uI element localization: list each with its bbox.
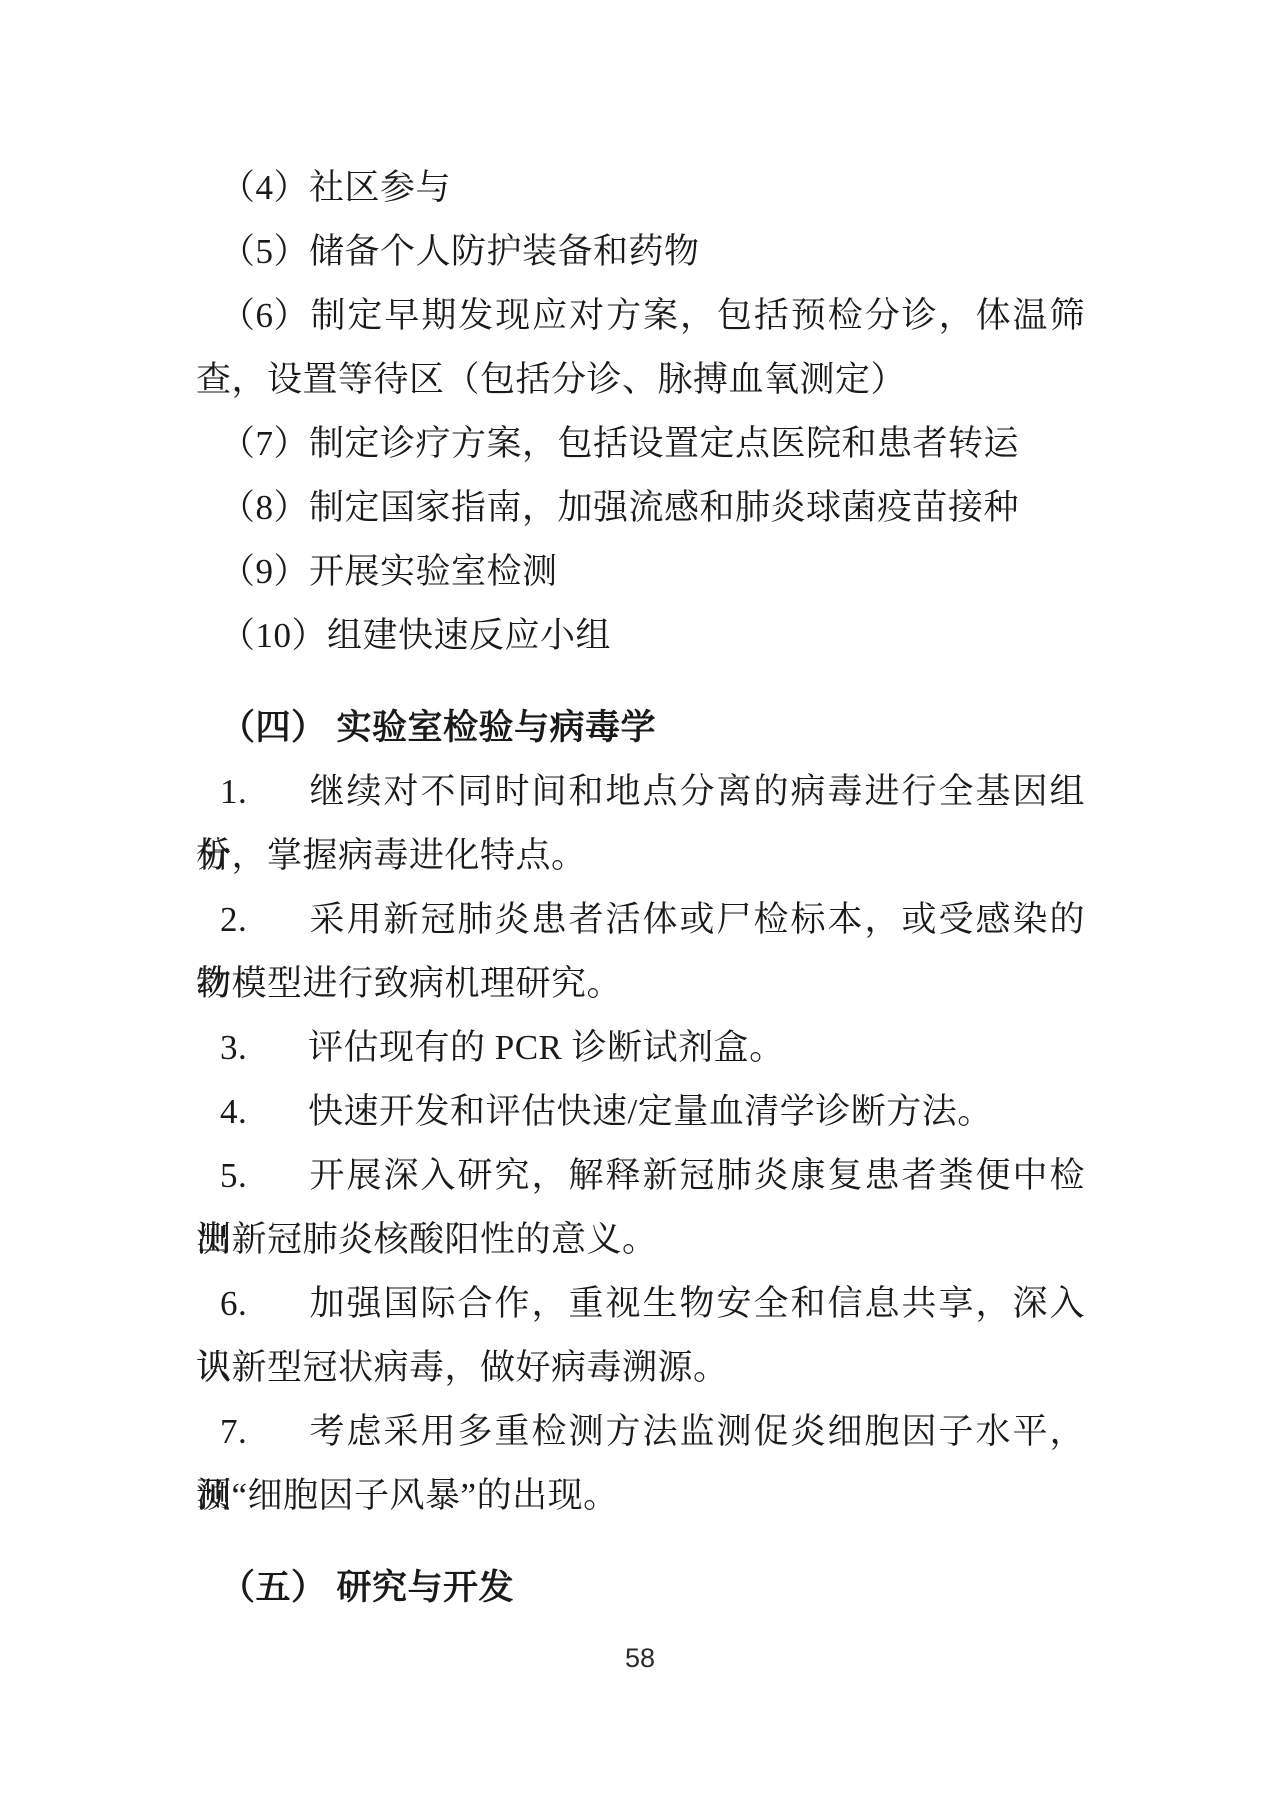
line-text: 评估现有的 PCR 诊断试剂盒。 [308, 1028, 785, 1067]
text-line: （8）制定国家指南，加强流感和肺炎球菌疫苗接种 [196, 476, 1085, 540]
text-line: （5）储备个人防护装备和药物 [196, 220, 1085, 284]
line-text: 研究与开发 [337, 1568, 515, 1607]
line-text: 制定诊疗方案，包括设置定点医院和患者转运 [309, 424, 1019, 463]
page-number: 58 [0, 1643, 1280, 1673]
text-line: 识新型冠状病毒，做好病毒溯源。 [196, 1336, 1085, 1400]
text-line: （6）制定早期发现应对方案，包括预检分诊，体温筛 [196, 284, 1085, 348]
text-line: 2.采用新冠肺炎患者活体或尸检标本，或受感染的动 [196, 888, 1085, 952]
text-line: 4.快速开发和评估快速/定量血清学诊断方法。 [196, 1080, 1085, 1144]
line-text: 组建快速反应小组 [327, 616, 611, 655]
text-line: 物模型进行致病机理研究。 [196, 952, 1085, 1016]
list-number: 2. [220, 888, 308, 952]
line-text: 社区参与 [309, 168, 451, 207]
list-number: 1. [220, 760, 308, 824]
text-line: 3.评估现有的 PCR 诊断试剂盒。 [196, 1016, 1085, 1080]
line-text: 开展实验室检测 [309, 552, 558, 591]
document-content: （4）社区参与 （5）储备个人防护装备和药物 （6）制定早期发现应对方案，包括预… [196, 156, 1085, 1620]
list-number: （7） [220, 412, 309, 476]
list-number: （6） [220, 284, 309, 348]
list-number: 4. [220, 1080, 308, 1144]
text-line: （7）制定诊疗方案，包括设置定点医院和患者转运 [196, 412, 1085, 476]
text-line: 析，掌握病毒进化特点。 [196, 824, 1085, 888]
text-line: 1.继续对不同时间和地点分离的病毒进行全基因组分 [196, 760, 1085, 824]
text-line: （10）组建快速反应小组 [196, 604, 1085, 668]
text-line: （9）开展实验室检测 [196, 540, 1085, 604]
line-text: 快速开发和评估快速/定量血清学诊断方法。 [308, 1092, 993, 1131]
list-number: （10） [220, 604, 327, 668]
line-text: 查，设置等待区（包括分诊、脉搏血氧测定） [196, 360, 906, 399]
list-number: （五） [220, 1556, 327, 1620]
text-line: 5.开展深入研究，解释新冠肺炎康复患者粪便中检测 [196, 1144, 1085, 1208]
document-page: （4）社区参与 （5）储备个人防护装备和药物 （6）制定早期发现应对方案，包括预… [0, 0, 1280, 1810]
text-line: （四）实验室检验与病毒学 [196, 696, 1085, 760]
text-line: （4）社区参与 [196, 156, 1085, 220]
line-text: 实验室检验与病毒学 [337, 708, 657, 747]
line-text: 物模型进行致病机理研究。 [196, 964, 622, 1003]
text-line: 查，设置等待区（包括分诊、脉搏血氧测定） [196, 348, 1085, 412]
line-text: 出新冠肺炎核酸阳性的意义。 [196, 1220, 658, 1259]
line-text: 识新型冠状病毒，做好病毒溯源。 [196, 1348, 729, 1387]
list-number: （四） [220, 696, 327, 760]
list-number: （4） [220, 156, 309, 220]
line-text: 制定早期发现应对方案，包括预检分诊，体温筛 [309, 296, 1085, 335]
list-number: （8） [220, 476, 309, 540]
list-number: 3. [220, 1016, 308, 1080]
line-text: 析，掌握病毒进化特点。 [196, 836, 587, 875]
text-line: （五）研究与开发 [196, 1556, 1085, 1620]
list-number: 5. [220, 1144, 308, 1208]
text-line: 7.考虑采用多重检测方法监测促炎细胞因子水平，预 [196, 1400, 1085, 1464]
text-line: 6.加强国际合作，重视生物安全和信息共享，深入认 [196, 1272, 1085, 1336]
line-text: 制定国家指南，加强流感和肺炎球菌疫苗接种 [309, 488, 1019, 527]
line-text: 测“细胞因子风暴”的出现。 [196, 1476, 619, 1515]
list-number: （9） [220, 540, 309, 604]
list-number: （5） [220, 220, 309, 284]
list-number: 7. [220, 1400, 308, 1464]
text-line: 出新冠肺炎核酸阳性的意义。 [196, 1208, 1085, 1272]
text-line: 测“细胞因子风暴”的出现。 [196, 1464, 1085, 1528]
line-text: 储备个人防护装备和药物 [309, 232, 700, 271]
list-number: 6. [220, 1272, 308, 1336]
